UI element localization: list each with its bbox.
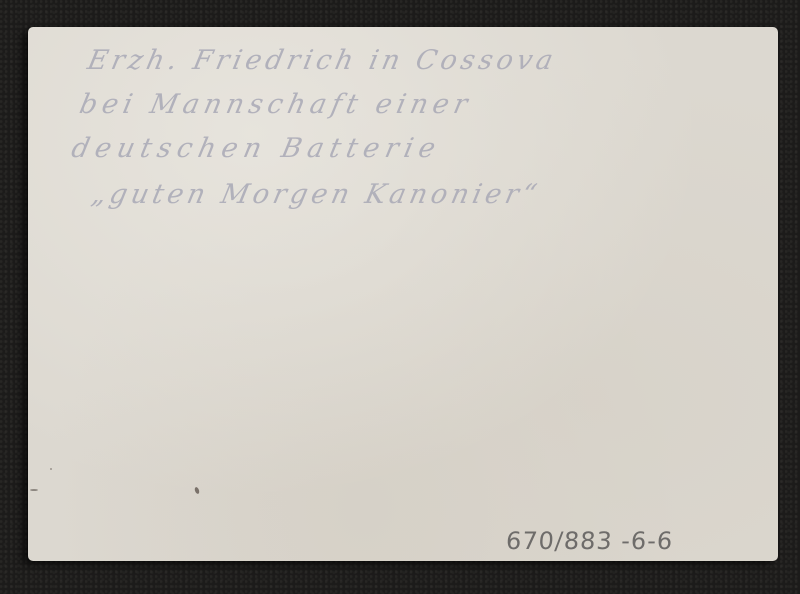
inscription-line-4: „guten Morgen Kanonier“ [89, 179, 544, 210]
pencil-inscription: Erzh. Friedrich in Cossova bei Mannschaf… [28, 27, 778, 561]
archive-number: 670/883 -6-6 [505, 527, 674, 555]
paper-speck [50, 468, 52, 470]
inscription-line-1: Erzh. Friedrich in Cossova [85, 45, 560, 76]
photo-card-back: Erzh. Friedrich in Cossova bei Mannschaf… [28, 27, 778, 561]
inscription-line-3: deutschen Batterie [69, 133, 445, 164]
paper-speck [30, 489, 38, 491]
inscription-line-2: bei Mannschaft einer [77, 89, 475, 120]
